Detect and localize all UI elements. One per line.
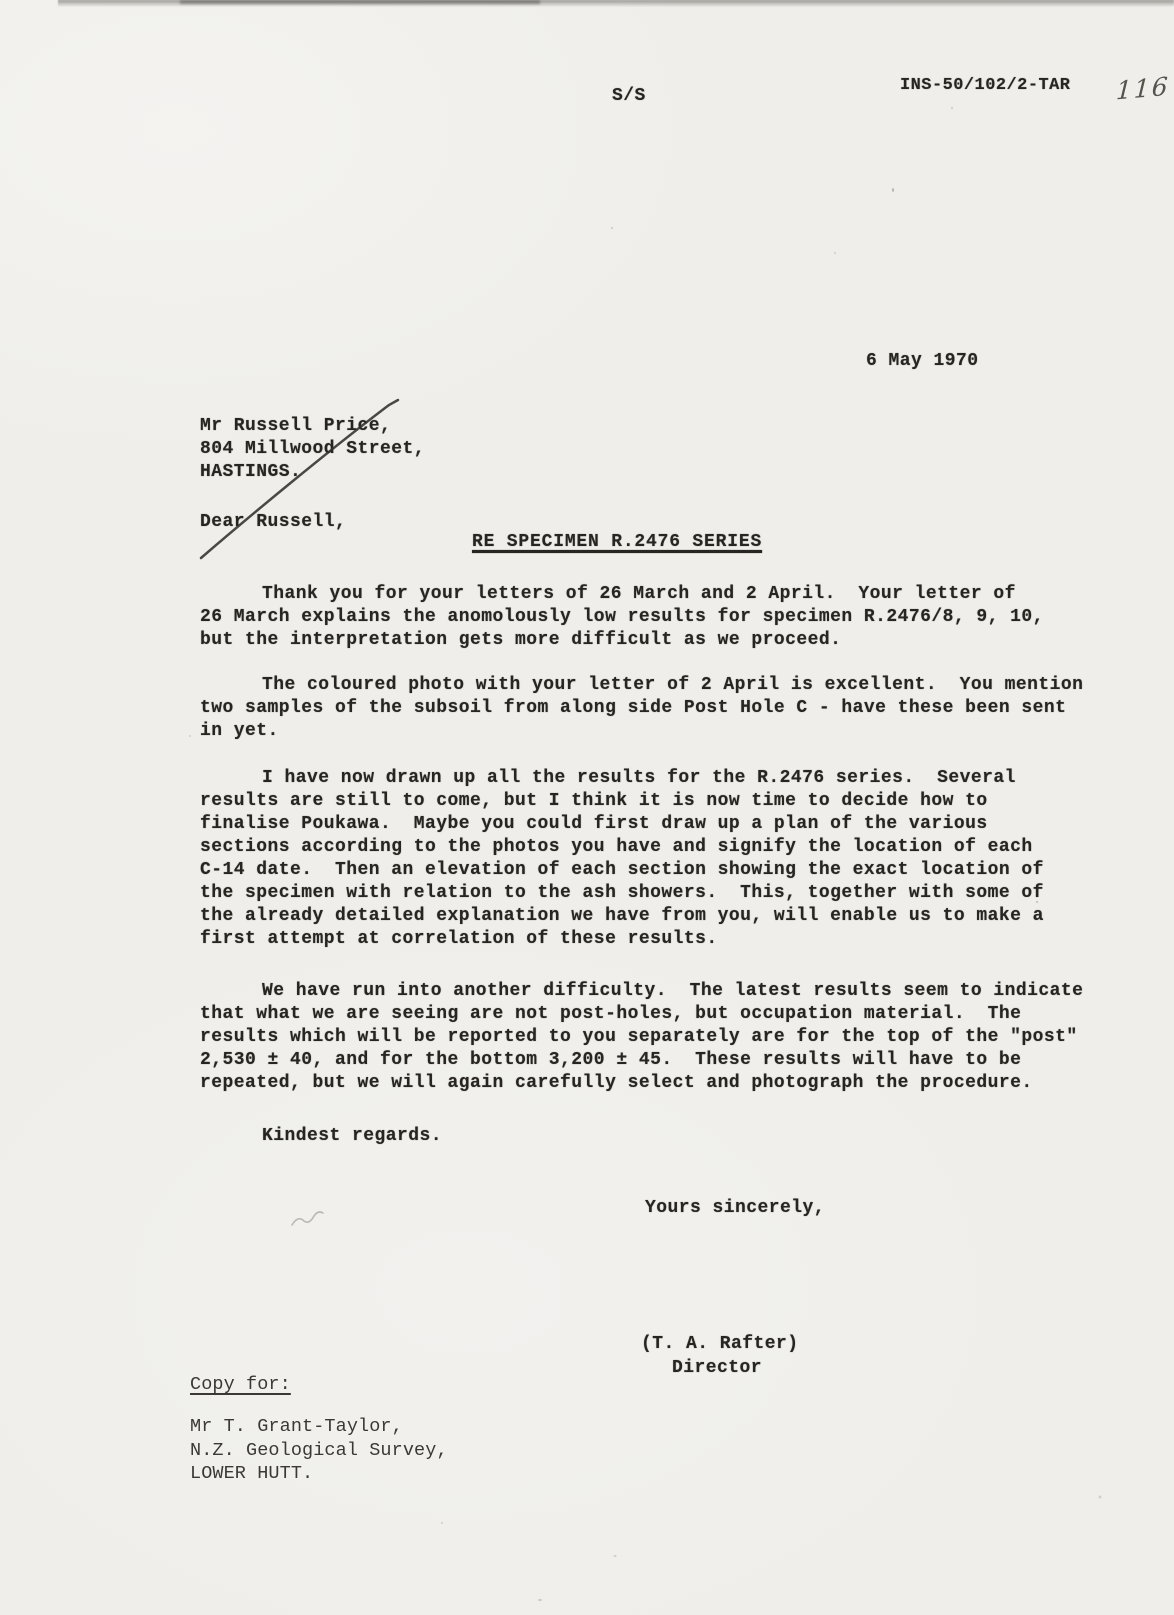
paragraph-3: I have now drawn up all the results for …	[200, 767, 1092, 951]
letter-date: 6 May 1970	[866, 350, 979, 373]
valediction: Yours sincerely,	[645, 1197, 825, 1220]
paragraph-2: The coloured photo with your letter of 2…	[200, 674, 1092, 743]
scanned-letter-page: S/S INS-50/102/2-TAR 116 6 May 1970 Mr R…	[0, 0, 1174, 1615]
copy-for-label: Copy for:	[190, 1373, 291, 1397]
scan-edge-smudge	[180, 0, 540, 4]
strikethrough-mark	[190, 392, 412, 570]
closing-regards: Kindest regards.	[262, 1125, 442, 1148]
signatory-title: Director	[672, 1357, 762, 1380]
typist-initials: S/S	[612, 85, 646, 108]
copy-recipient-address: Mr T. Grant-Taylor, N.Z. Geological Surv…	[190, 1415, 448, 1486]
reference-number: INS-50/102/2-TAR	[900, 74, 1070, 97]
paragraph-4: We have run into another difficulty. The…	[200, 980, 1092, 1095]
subject-line: RE SPECIMEN R.2476 SERIES	[472, 531, 762, 554]
salutation: Dear Russell,	[200, 511, 346, 534]
handwritten-page-number: 116	[1115, 72, 1170, 106]
pencil-scribble	[288, 1205, 332, 1231]
paragraph-1: Thank you for your letters of 26 March a…	[200, 583, 1092, 652]
signatory-name: (T. A. Rafter)	[641, 1333, 799, 1356]
